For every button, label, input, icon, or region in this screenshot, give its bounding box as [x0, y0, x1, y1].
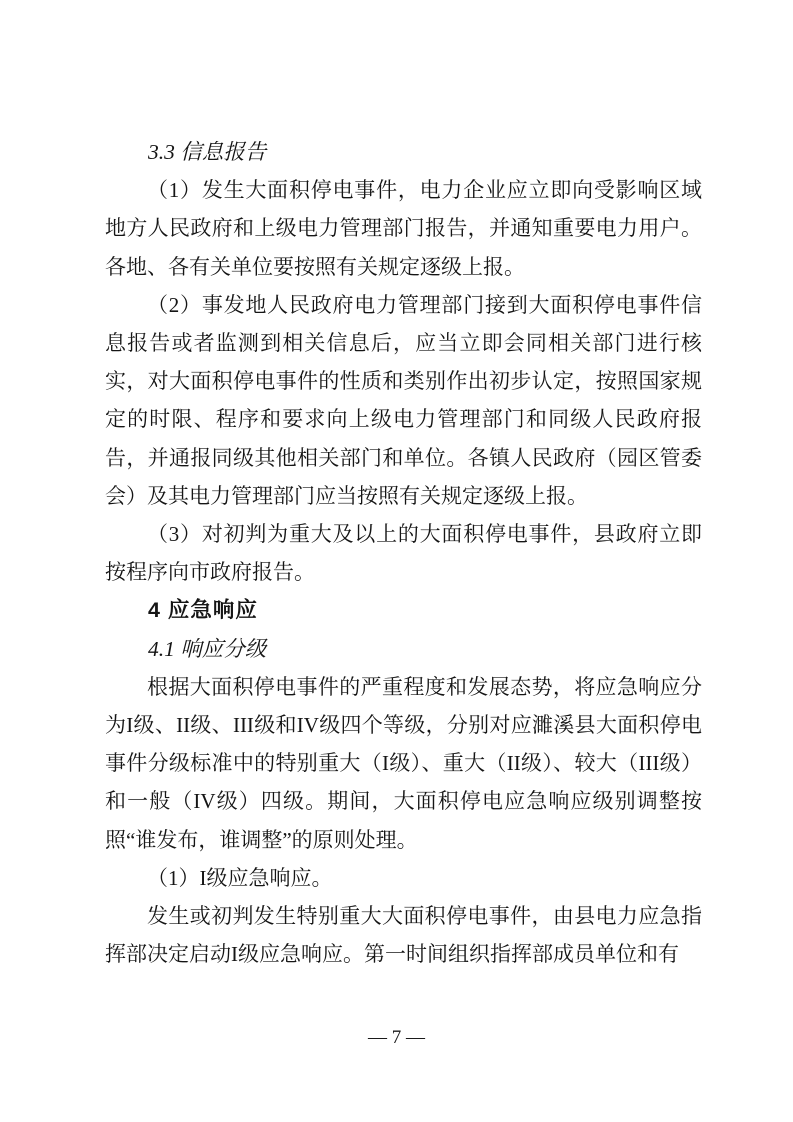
section-heading-3-3: 3.3 信息报告 [105, 133, 702, 171]
document-page: 3.3 信息报告 （1）发生大面积停电事件，电力企业应立即向受影响区域地方人民政… [0, 0, 793, 1122]
paragraph-level1-body: 发生或初判发生特别重大大面积停电事件，由县电力应急指挥部决定启动I级应急响应。第… [105, 897, 702, 973]
paragraph-level1-title: （1）I级应急响应。 [105, 859, 702, 897]
document-body: 3.3 信息报告 （1）发生大面积停电事件，电力企业应立即向受影响区域地方人民政… [105, 133, 702, 973]
page-number: — 7 — [0, 1026, 793, 1050]
paragraph-report-2: （2）事发地人民政府电力管理部门接到大面积停电事件信息报告或者监测到相关信息后，… [105, 286, 702, 515]
paragraph-report-1: （1）发生大面积停电事件，电力企业应立即向受影响区域地方人民政府和上级电力管理部… [105, 171, 702, 286]
section-heading-4-1: 4.1 响应分级 [105, 630, 702, 668]
paragraph-response-grading: 根据大面积停电事件的严重程度和发展态势，将应急响应分为I级、II级、III级和I… [105, 668, 702, 859]
paragraph-report-3: （3）对初判为重大及以上的大面积停电事件，县政府立即按程序向市政府报告。 [105, 515, 702, 591]
chapter-heading-4: 4 应急响应 [105, 591, 702, 629]
